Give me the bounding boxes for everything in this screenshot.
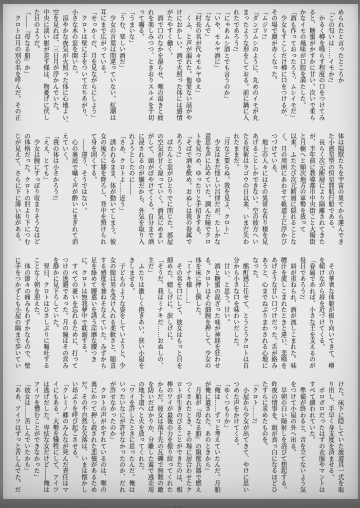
text-column: 体の節々の痛みもわずかなもので、壁: [21, 257, 31, 370]
text-column: たる技術はラゴウの日以来、いまだ失わ: [239, 133, 249, 246]
text-column: 「村長の名が代々モルヤゆえ」: [192, 9, 202, 122]
text-column: けにおかしい。酒で火照った体には感情: [173, 9, 183, 122]
text-column: て身を固くする。: [87, 133, 97, 246]
text-column: あろう?」: [173, 133, 183, 246]
text-column: 奥にかつて押し殺された悲憤があるため: [87, 381, 97, 494]
text-column: あげそうな甘い口づけだった。舌が絡み: [268, 257, 278, 370]
text-column: 「クロト……?」: [249, 381, 259, 494]
text-column: その場で顔が赤くなった。: [268, 9, 278, 122]
text-column: ふたりは激しく抱きあい、狭い小屋を: [135, 257, 145, 370]
text-column: たすらに求めたものを。: [258, 381, 268, 494]
text-column: クロトは月の別の名を呼んだ。その正: [11, 9, 21, 122]
text-column: ――違う、そうではない。: [78, 133, 88, 246]
text-column: が、半年前に教導都市中央街こと大楊街: [306, 133, 316, 246]
text-column: 子どものような姿をしていようと、少: [116, 257, 126, 370]
text-column: 「さあ、クロトよ……近う」: [116, 133, 126, 246]
text-column: 「そばで酒を飲め。おぬしは我の眷属で: [182, 133, 192, 246]
text-column: と月樹へと順次地方の軍勢を放って: [296, 133, 306, 246]
text-column: 中央に淡い影が差す様は、物憂げに伏し: [40, 9, 50, 122]
text-column: 「ええ、とても」: [40, 133, 50, 246]
text-column: ると、糖蜜がかすかに甘い。次いで柔ら: [306, 9, 316, 122]
text-column: の空気が甘く湿っていく。酒気にめまい: [154, 133, 164, 246]
text-column: 女の膣は男を受け入れる柔軟さと、随喜: [106, 257, 116, 370]
scanned-book-photo: { "page": { "number": "16", "bands": [ {…: [0, 0, 360, 508]
text-column: をつけて小屋の外へ出る。: [287, 381, 297, 494]
text-column: 「ゆくつもりか」: [220, 381, 230, 494]
text-column: 噌汁を流しこまれたときと違い、悲鳴を: [277, 257, 287, 370]
text-column: に手をつかずとも小屋の隅まで歩いてい: [11, 257, 21, 370]
text-column: 細めた。嬉しげに、涙しげに。: [163, 257, 173, 370]
text-column: れを楽しみつつ、ときおりスルメを千切: [144, 9, 154, 122]
text-column: がして、頭がぼやけてくる。自分まで酒: [144, 133, 154, 246]
text-column: 小屋から少女が出てきて、やけに思い: [239, 381, 249, 494]
text-column: かなイモの風味が口腔を満たした。: [296, 9, 306, 122]
text-column: 「月など要らぬ。我を見よ、クロト」: [220, 133, 230, 246]
text-column: けた。床下に隠していた旅道具一式を取: [334, 381, 344, 494]
text-column: クロトの声がかすれているのは、喉の: [97, 381, 107, 494]
text-column: からだ。彼女は落下先の瓦礫で無数の敵: [154, 381, 164, 494]
text-column: 酒と糖蜜の混ざった味が神経を狂わせ: [211, 257, 221, 370]
text-column: を傾けながら唇を近づけてくる。: [315, 257, 325, 370]
text-column: 以来、ふたたび次元断層に隠れることな: [287, 133, 297, 246]
text-column: 「いや、モルヤ酒に」: [211, 9, 221, 122]
text-column: くふ、と声が漏れた。他愛ない話がや: [182, 9, 192, 122]
text-column: がたやすく働く。: [163, 9, 173, 122]
book-page: められたと言ったところか「この匂いは……イモか?」 かるく樽を鳴らす程度の口をつ…: [3, 4, 358, 499]
text-column: なった。: [249, 257, 259, 370]
text-column: いったいなにが許せなかったのか、だれ: [116, 381, 126, 494]
text-column: トを見つめ、ゆったりと手招きする。: [192, 133, 202, 246]
text-column: 「俺は……ずっと考えていたんだ。月舶: [211, 381, 221, 494]
text-column: が俺に遺された、あのときから」: [201, 381, 211, 494]
text-column: 棒のワイが最後の力を振り絞ってくれた: [163, 381, 173, 494]
text-column: 女の後ろに膝を降ろし、背中を預けられ: [97, 133, 107, 246]
text-column: 心の奥底で囁く声が酔いにまぎれて消: [68, 133, 78, 246]
text-column: 「眷属であれば、小さな王を支えるのが: [306, 257, 316, 370]
text-column: 「そうだ、我はミナキだ……おぬしの、: [154, 257, 164, 370]
text-column: に、クロトは無我夢中で耽溺する。: [78, 257, 88, 370]
text-column: 少女もすこしだけ樽に口をつけるが、: [277, 9, 287, 122]
text-column: る。クロトはその細腕を押して、少女の: [201, 257, 211, 370]
text-column: は逃げだした。卑怯な女だけど――俺は: [40, 381, 50, 494]
text-column: 意思を声に込めていた。潤んだ瞳でクロ: [201, 133, 211, 246]
text-column: 「ワイを許したときに思ったんだ。俺は: [125, 381, 135, 494]
text-column: 「なんで」: [201, 9, 211, 122]
text-column: れたままだ。: [230, 133, 240, 246]
text-column: あげることしかできない。空の彼方へい: [249, 133, 259, 246]
text-column: り出し、手早く身支度を済ませる。: [325, 381, 335, 494]
text-column: じが見えて、さらに下に薄い体がある。: [11, 133, 21, 246]
text-column: 小さな木の窓を開いた。: [68, 9, 78, 122]
text-column: 早朝の白い陽射しを浴びて想起する。: [277, 381, 287, 494]
text-column: れようとしたのに――: [125, 133, 135, 246]
text-column: められたと言ったところか: [334, 9, 344, 122]
text-column: アイツを憎むことができなかった」: [30, 381, 40, 494]
text-column: 準備が終わると、音を立てないよう気: [296, 381, 306, 494]
text-column: 体は隕獣たちを宇宙の果てから運んでき: [334, 133, 344, 246]
text-column: い昂ぶりを呼び起こさせる。: [68, 381, 78, 494]
text-column: つづけている。: [268, 133, 278, 246]
text-column: すべての憂いを忘れるために、打って: [68, 257, 78, 370]
text-column: 「ミナキ様……」: [182, 257, 192, 370]
text-column: すべて繕われていた。: [306, 381, 316, 494]
text-column: が許せなかったのか」: [106, 381, 116, 494]
text-column: 「この匂いは……イモか?」: [325, 9, 335, 122]
text-column: ばたんと窓がひとりでに閉じた。部屋: [163, 133, 173, 246]
text-column: 分から小さな口を味わいだした。: [230, 257, 240, 370]
text-column: 翌日、クロトはひさしぶりに嘔吐する: [40, 257, 50, 370]
text-column: 月舶が『母なる船』の隕獣兵器で燃え: [192, 381, 202, 494]
text-column: 「うむ、楽しい酒だ」: [116, 9, 126, 122]
text-column: ボロボロだったはずの衣服やマントは: [315, 381, 325, 494]
text-column: つけの逃避であった。月の瞳はその営み: [59, 257, 69, 370]
text-column: その華奢な体躯が振り向いてきて、樽: [325, 257, 335, 370]
text-column: 少女の言葉は間違っていない。紅潮は: [106, 9, 116, 122]
text-column: 主だ」: [144, 257, 154, 370]
text-column: の体格だった。クロトの肘より下につむ: [21, 133, 31, 246]
text-column: を防いだばかりか、分離した翼で逃走用: [144, 381, 154, 494]
text-column: 「ムジリ?」: [258, 9, 268, 122]
text-column: を静かに見下ろしていた。: [49, 257, 59, 370]
text-column: 「酒も作っておったろう、ムシイモだ」: [287, 9, 297, 122]
text-column: きしませる。: [125, 257, 135, 370]
text-column: 「我の体は小さかろう?」: [49, 133, 59, 246]
text-column: 「うまいな」: [125, 9, 135, 122]
text-column: 「ダンゴムシのように、丸めのイモが丸: [249, 9, 259, 122]
text-column: 少女は腕にすっぽり収まりそうなほど: [30, 133, 40, 246]
text-column: だ。その不自然な欠落は、いまは懐かし: [78, 381, 88, 494]
text-band-1: められたと言ったところか「この匂いは……イモか?」 かるく樽を鳴らす程度の口をつ…: [11, 9, 344, 122]
text-column: 唇が重ねられ、酒が流しこまれた。味: [287, 257, 297, 370]
text-column: 「せっかくだ、月を見ながらにしよう」: [87, 9, 97, 122]
text-column: 甘い、と思う。甘い。: [220, 257, 230, 370]
text-column: に浸されるのが嫌だから、外気を取り入: [135, 133, 145, 246]
text-band-3: その華奢な体躯が振り向いてきて、樽を傾けながら唇を近づけてくる。「眷属であれば、…: [11, 257, 334, 370]
text-column: えていく。: [59, 133, 69, 246]
text-column: 「――『母なる船』か」: [21, 9, 31, 122]
text-column: ロトが生きのびることができたのは、相: [173, 381, 183, 494]
text-column: た目のようだ。: [30, 9, 40, 122]
text-column: イにもある。大勢を犠牲にして、アイツ: [49, 381, 59, 494]
text-column: 体を床に押し倒した。: [192, 257, 202, 370]
text-column: の地下道へと火を放ってくれた。: [135, 381, 145, 494]
text-column: く、月の周囲にあわせて軌道上に浮かび: [277, 133, 287, 246]
text-column: あうと、心までねぶりまわされる心地に: [258, 257, 268, 370]
text-column: 足を絡めて腰遣いを誘う淫靡な腰つき: [87, 257, 97, 370]
text-column: た小惑星型の恒星間航行船である。: [325, 133, 335, 246]
text-column: 昨夜の情事を。頭が真っ白になるほどひ: [268, 381, 278, 494]
text-column: 「ああ、アイツはずっと苦しんでた。だ: [11, 381, 21, 494]
text-column: まったような形をしておる。前に鍋に入: [239, 9, 249, 122]
text-column: つめた声をかけてくる。: [230, 381, 240, 494]
text-column: 役目であろう?」: [296, 257, 306, 370]
text-column: 少女はまだ怪しい呂律だが、たしかな: [211, 133, 221, 246]
text-column: 空を見れば、三日月が浮かんでいた。: [49, 9, 59, 122]
text-column: 地上の人々にはその異常な有り様を見: [258, 133, 268, 246]
text-column: 涼やかな夜気が火照った体に心地よい。: [59, 9, 69, 122]
text-column: クロトは壁に手をついて立ちあがり、: [78, 9, 88, 122]
text-column: って囓る。: [135, 9, 145, 122]
text-column: する感度を兼ねそなえていた。みずから: [97, 257, 107, 370]
text-column: 「にゃあムシ酒とでも言うのか」: [220, 9, 230, 122]
text-column: 「クレミノ郷のみんなが死んだ責任はマ: [59, 381, 69, 494]
text-column: 酒で口のなかを湿らせ、喉の渇きと疲: [154, 9, 164, 122]
text-column: 誘われるまま、体が動いてしまう。彼: [106, 133, 116, 246]
text-column: 酩酊感に任せて、とうとうクロトは自: [239, 257, 249, 370]
text-band-2: 体は隕獣たちを宇宙の果てから運んできた小惑星型の恒星間航行船である。 長らく次元…: [11, 133, 344, 246]
text-column: 長らく次元断層により隔離されてきた: [315, 133, 325, 246]
text-column: ことなく朝を迎えた。: [30, 257, 40, 370]
text-column: 「彼女は……苦しんでいたから」: [21, 381, 31, 494]
text-column: つくされたとき、その場に居合わせたク: [182, 381, 192, 494]
text-band-4: けた。床下に隠していた旅道具一式を取り出し、手早く身支度を済ませる。 ボロボロだ…: [11, 381, 344, 494]
text-column: かるく樽を鳴らす程度の口をつけてみ: [315, 9, 325, 122]
text-column: れたであろう?」: [230, 9, 240, 122]
text-column: その名を口にして、彼女はもっと目を: [173, 257, 183, 370]
text-column: 耳にまで広がっている。: [97, 9, 107, 122]
